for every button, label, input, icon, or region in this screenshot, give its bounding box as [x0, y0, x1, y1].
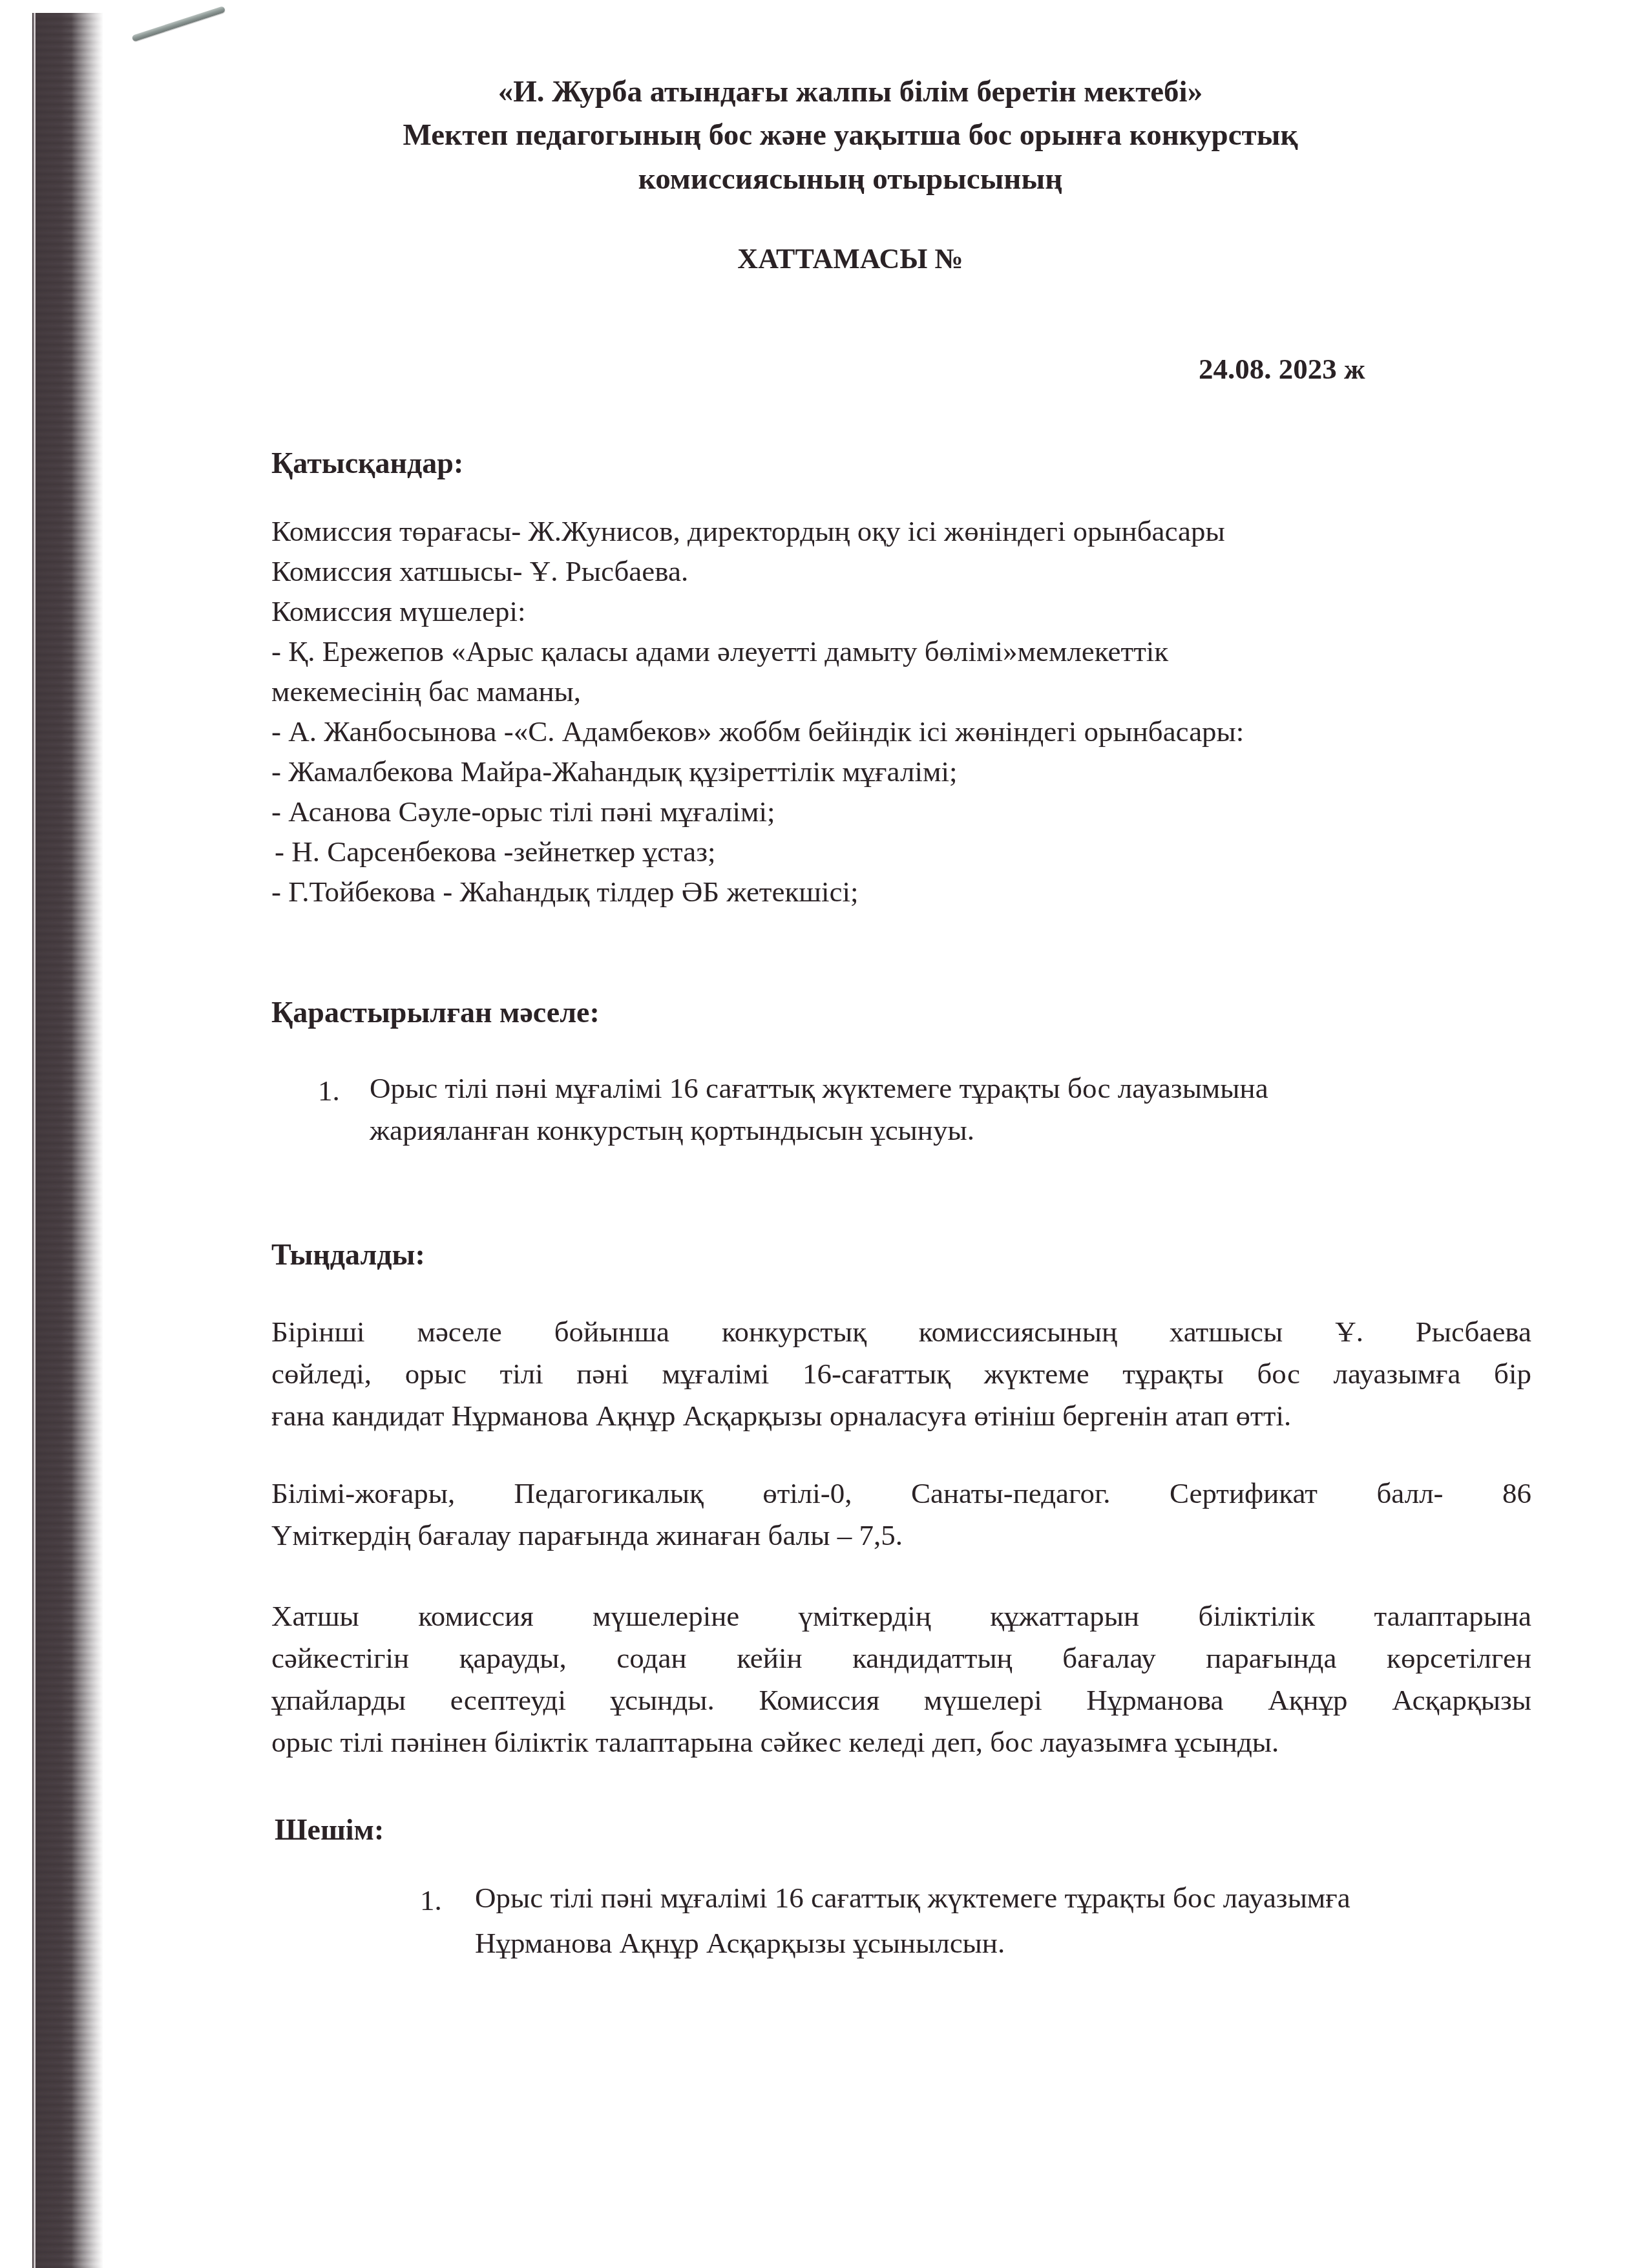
heard-heading: Тыңдалды:	[271, 1237, 425, 1272]
member-item: - Жамалбекова Майра-Жаһандық құзіреттілі…	[271, 757, 957, 786]
decision-item-number: 1.	[420, 1884, 442, 1917]
member-item: - Н. Сарсенбекова -зейнеткер ұстаз;	[275, 837, 715, 866]
member-item: - Қ. Ережепов «Арыс қаласы адами әлеуетт…	[271, 637, 1168, 666]
commission-chairman: Комиссия төрағасы- Ж.Жунисов, директорды…	[271, 517, 1225, 546]
decision-heading: Шешім:	[275, 1812, 384, 1847]
decision-item-text: Орыс тілі пәні мұғалімі 16 сағаттық жүкт…	[475, 1884, 1350, 1913]
heard-paragraph-2-line: Үміткердің бағалау парағында жинаған бал…	[271, 1518, 1531, 1552]
scanner-edge-shadow	[32, 13, 103, 2268]
heard-paragraph-3-line: ұпайларды есептеуді ұсынды. Комиссия мүш…	[271, 1683, 1531, 1717]
agenda-item-text-continuation: жарияланған конкурстың қортындысын ұсыну…	[370, 1116, 974, 1145]
decision-item-text-continuation: Нұрманова Ақнұр Асқарқызы ұсынылсын.	[475, 1929, 1005, 1958]
member-item: - Г.Тойбекова - Жаһандық тілдер ӘБ жетек…	[271, 877, 858, 907]
document-date: 24.08. 2023 ж	[1199, 352, 1365, 386]
scanner-edge-line	[34, 13, 36, 2268]
participants-heading: Қатысқандар:	[271, 446, 463, 480]
member-item: - А. Жанбосынова -«С. Адамбеков» жоббм б…	[271, 717, 1244, 746]
heard-paragraph-1-line: Бірінші мәселе бойынша конкурстық комисс…	[271, 1315, 1531, 1349]
agenda-item-number: 1.	[318, 1074, 340, 1108]
meeting-title: комиссиясының отырысының	[26, 162, 1649, 196]
member-item-continuation: мекемесінің бас маманы,	[271, 677, 581, 706]
heard-paragraph-3-line: сәйкестігін қарауды, содан кейін кандида…	[271, 1641, 1531, 1675]
agenda-item-text: Орыс тілі пәні мұғалімі 16 сағаттық жүкт…	[370, 1074, 1268, 1103]
heard-paragraph-3-line: Хатшы комиссия мүшелеріне үміткердің құж…	[271, 1599, 1531, 1633]
commission-secretary: Комиссия хатшысы- Ұ. Рысбаева.	[271, 557, 688, 586]
agenda-heading: Қарастырылған мәселе:	[271, 995, 600, 1029]
heard-paragraph-1-line: сөйледі, орыс тілі пәні мұғалімі 16-саға…	[271, 1357, 1531, 1391]
staple-mark	[131, 6, 226, 42]
heard-paragraph-1-line: ғана кандидат Нұрманова Ақнұр Асқарқызы …	[271, 1399, 1531, 1433]
heard-paragraph-2-line: Білімі-жоғары, Педагогикалық өтілі-0, Са…	[271, 1476, 1531, 1510]
protocol-title: ХАТТАМАСЫ №	[26, 242, 1649, 275]
heard-paragraph-3-line: орыс тілі пәнінен біліктік талаптарына с…	[271, 1725, 1531, 1759]
commission-members-label: Комиссия мүшелері:	[271, 597, 526, 626]
member-item: - Асанова Сәуле-орыс тілі пәні мұғалімі;	[271, 797, 775, 826]
school-name: «И. Журба атындағы жалпы білім беретін м…	[26, 74, 1649, 109]
commission-title: Мектеп педагогының бос және уақытша бос …	[26, 118, 1649, 152]
